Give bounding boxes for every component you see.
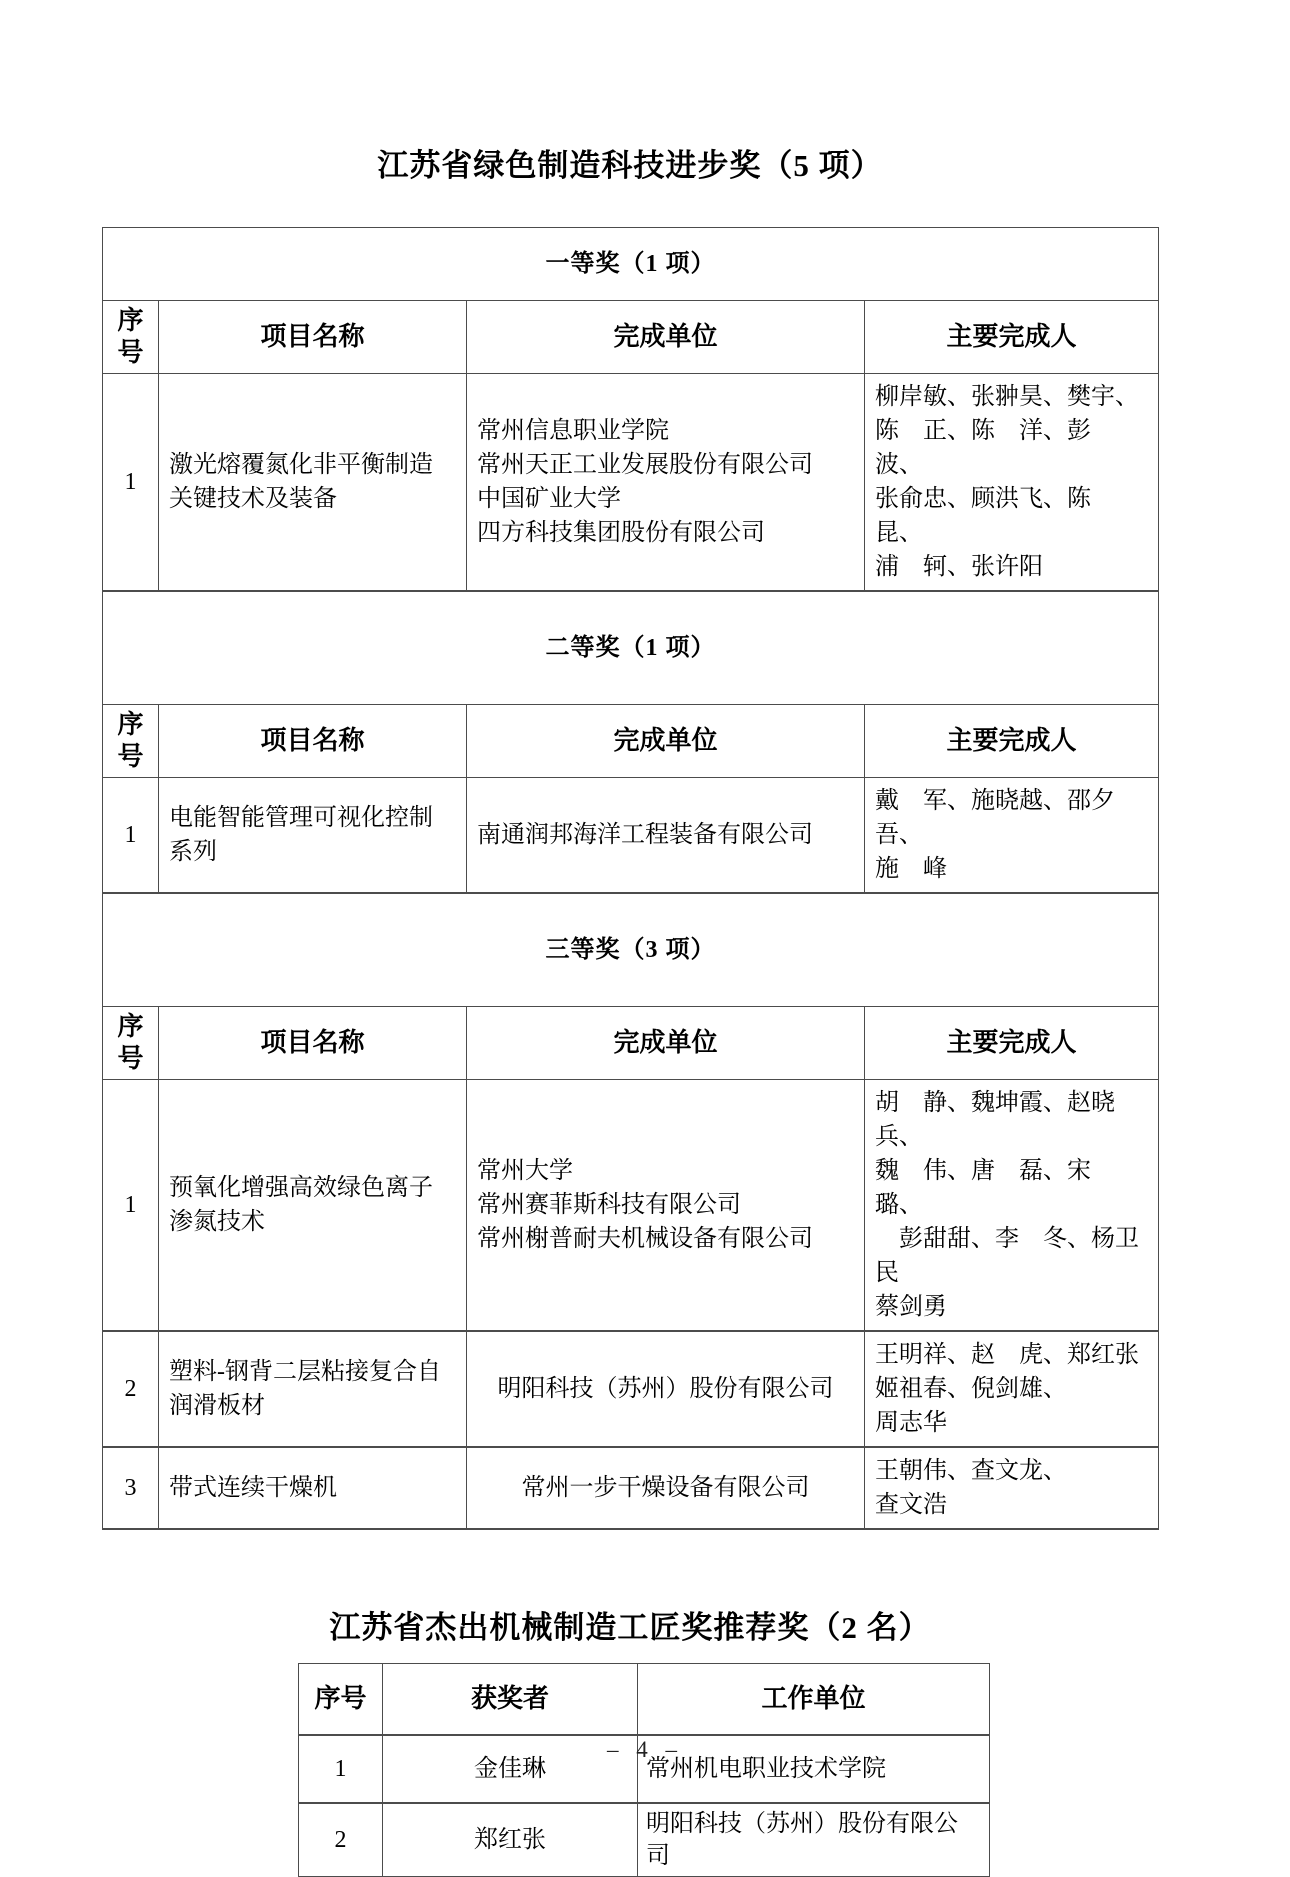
table-row: 2 塑料-钢背二层粘接复合自 润滑板材 明阳科技（苏州）股份有限公司 王明祥、赵… (103, 1331, 1159, 1447)
cell-winner-name: 郑红张 (383, 1803, 638, 1877)
column-header-winner: 获奖者 (383, 1664, 638, 1736)
cell-project-name: 带式连续干燥机 (159, 1447, 467, 1529)
table-row: 1 预氧化增强高效绿色离子 渗氮技术 常州大学 常州赛菲斯科技有限公司 常州榭普… (103, 1080, 1159, 1332)
table-row: 1 激光熔覆氮化非平衡制造 关键技术及装备 常州信息职业学院 常州天正工业发展股… (103, 374, 1159, 592)
cell-completing-units: 常州一步干燥设备有限公司 (467, 1447, 865, 1529)
cell-index: 1 (103, 374, 159, 592)
cell-main-contributors: 胡 静、魏坤霞、赵晓兵、 魏 伟、唐 磊、宋 璐、 彭甜甜、李 冬、杨卫民 蔡剑… (865, 1080, 1159, 1332)
cell-main-contributors: 王朝伟、查文龙、 查文浩 (865, 1447, 1159, 1529)
cell-index: 3 (103, 1447, 159, 1529)
cell-project-name: 塑料-钢背二层粘接复合自 润滑板材 (159, 1331, 467, 1447)
column-header-index: 序 号 (103, 705, 159, 778)
cell-main-contributors: 柳岸敏、张翀昊、樊宇、 陈 正、陈 洋、彭 波、 张俞忠、顾洪飞、陈 昆、 浦 … (865, 374, 1159, 592)
cell-work-unit: 明阳科技（苏州）股份有限公司 (638, 1803, 990, 1877)
table-row: 1 电能智能管理可视化控制 系列 南通润邦海洋工程装备有限公司 戴 军、施晓越、… (103, 778, 1159, 894)
column-header-unit: 完成单位 (467, 301, 865, 374)
table-header-row: 序 号 项目名称 完成单位 主要完成人 (103, 705, 1159, 778)
cell-completing-units: 南通润邦海洋工程装备有限公司 (467, 778, 865, 894)
page-number: – 4 – (0, 1737, 1290, 1763)
column-header-project: 项目名称 (159, 301, 467, 374)
section-banner-row: 一等奖（1 项） (103, 228, 1159, 301)
column-header-index: 序 号 (103, 301, 159, 374)
column-header-people: 主要完成人 (865, 705, 1159, 778)
cell-index: 1 (103, 778, 159, 894)
cell-project-name: 预氧化增强高效绿色离子 渗氮技术 (159, 1080, 467, 1332)
cell-index: 2 (299, 1803, 383, 1877)
section-banner-third-prize: 三等奖（3 项） (103, 893, 1159, 1007)
cell-index: 1 (103, 1080, 159, 1332)
section-banner-second-prize: 二等奖（1 项） (103, 591, 1159, 705)
section-banner-first-prize: 一等奖（1 项） (103, 228, 1159, 301)
table-header-row: 序号 获奖者 工作单位 (299, 1664, 990, 1736)
cell-main-contributors: 戴 军、施晓越、邵夕吾、 施 峰 (865, 778, 1159, 894)
page-title-progress-award: 江苏省绿色制造科技进步奖（5 项） (102, 0, 1158, 185)
column-header-workunit: 工作单位 (638, 1664, 990, 1736)
craftsman-award-table: 序号 获奖者 工作单位 1 金佳琳 常州机电职业技术学院 2 郑红张 明阳科技（… (298, 1663, 990, 1877)
section-banner-row: 二等奖（1 项） (103, 591, 1159, 705)
table-header-row: 序 号 项目名称 完成单位 主要完成人 (103, 301, 1159, 374)
progress-award-table: 一等奖（1 项） 序 号 项目名称 完成单位 主要完成人 1 激光熔覆氮化非平衡… (102, 227, 1159, 1530)
cell-project-name: 激光熔覆氮化非平衡制造 关键技术及装备 (159, 374, 467, 592)
table-row: 2 郑红张 明阳科技（苏州）股份有限公司 (299, 1803, 990, 1877)
cell-index: 2 (103, 1331, 159, 1447)
column-header-project: 项目名称 (159, 1007, 467, 1080)
column-header-unit: 完成单位 (467, 1007, 865, 1080)
column-header-index: 序号 (299, 1664, 383, 1736)
column-header-people: 主要完成人 (865, 1007, 1159, 1080)
document-page: 江苏省绿色制造科技进步奖（5 项） 一等奖（1 项） 序 号 项目名称 完成单位… (102, 0, 1158, 1877)
cell-project-name: 电能智能管理可视化控制 系列 (159, 778, 467, 894)
column-header-unit: 完成单位 (467, 705, 865, 778)
column-header-people: 主要完成人 (865, 301, 1159, 374)
cell-main-contributors: 王明祥、赵 虎、郑红张 姬祖春、倪剑雄、 周志华 (865, 1331, 1159, 1447)
cell-completing-units: 常州大学 常州赛菲斯科技有限公司 常州榭普耐夫机械设备有限公司 (467, 1080, 865, 1332)
section-banner-row: 三等奖（3 项） (103, 893, 1159, 1007)
page-title-craftsman-award: 江苏省杰出机械制造工匠奖推荐奖（2 名） (102, 1602, 1158, 1647)
column-header-project: 项目名称 (159, 705, 467, 778)
cell-completing-units: 常州信息职业学院 常州天正工业发展股份有限公司 中国矿业大学 四方科技集团股份有… (467, 374, 865, 592)
column-header-index: 序 号 (103, 1007, 159, 1080)
cell-completing-units: 明阳科技（苏州）股份有限公司 (467, 1331, 865, 1447)
table-header-row: 序 号 项目名称 完成单位 主要完成人 (103, 1007, 1159, 1080)
table-row: 3 带式连续干燥机 常州一步干燥设备有限公司 王朝伟、查文龙、 查文浩 (103, 1447, 1159, 1529)
